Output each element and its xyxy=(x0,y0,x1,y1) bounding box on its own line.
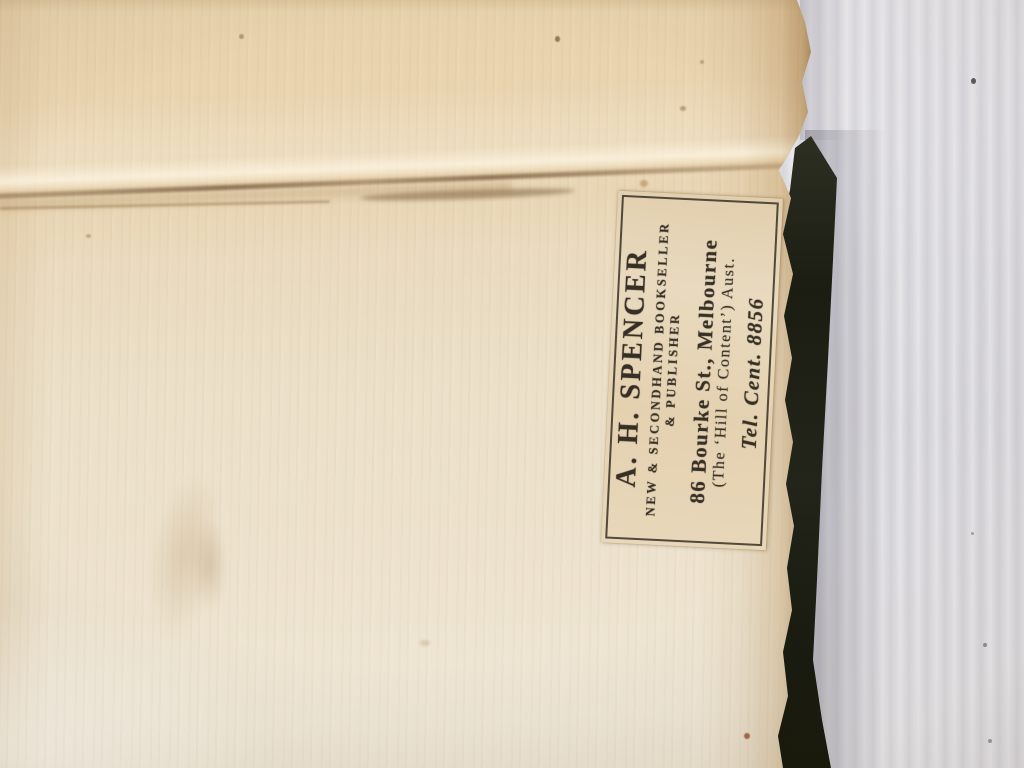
label-border: A. H. SPENCER NEW & SECONDHAND BOOKSELLE… xyxy=(605,195,779,546)
stain-smudge xyxy=(192,520,228,612)
speck xyxy=(988,739,992,743)
stain xyxy=(239,34,244,39)
stain xyxy=(700,60,704,64)
speck xyxy=(971,78,976,84)
photo-canvas: A. H. SPENCER NEW & SECONDHAND BOOKSELLE… xyxy=(0,0,1024,768)
speck xyxy=(983,643,987,647)
stain xyxy=(86,234,91,238)
stain xyxy=(420,640,430,646)
book-page: A. H. SPENCER NEW & SECONDHAND BOOKSELLE… xyxy=(0,0,812,768)
stain xyxy=(555,36,560,42)
stain xyxy=(680,106,686,111)
speck xyxy=(971,532,974,535)
bookseller-label: A. H. SPENCER NEW & SECONDHAND BOOKSELLE… xyxy=(601,191,783,551)
background-shadow-top xyxy=(800,0,848,140)
page-top-shade xyxy=(0,0,812,12)
stain xyxy=(640,180,648,187)
label-line-phone: Tel. Cent. 8856 xyxy=(737,297,770,450)
